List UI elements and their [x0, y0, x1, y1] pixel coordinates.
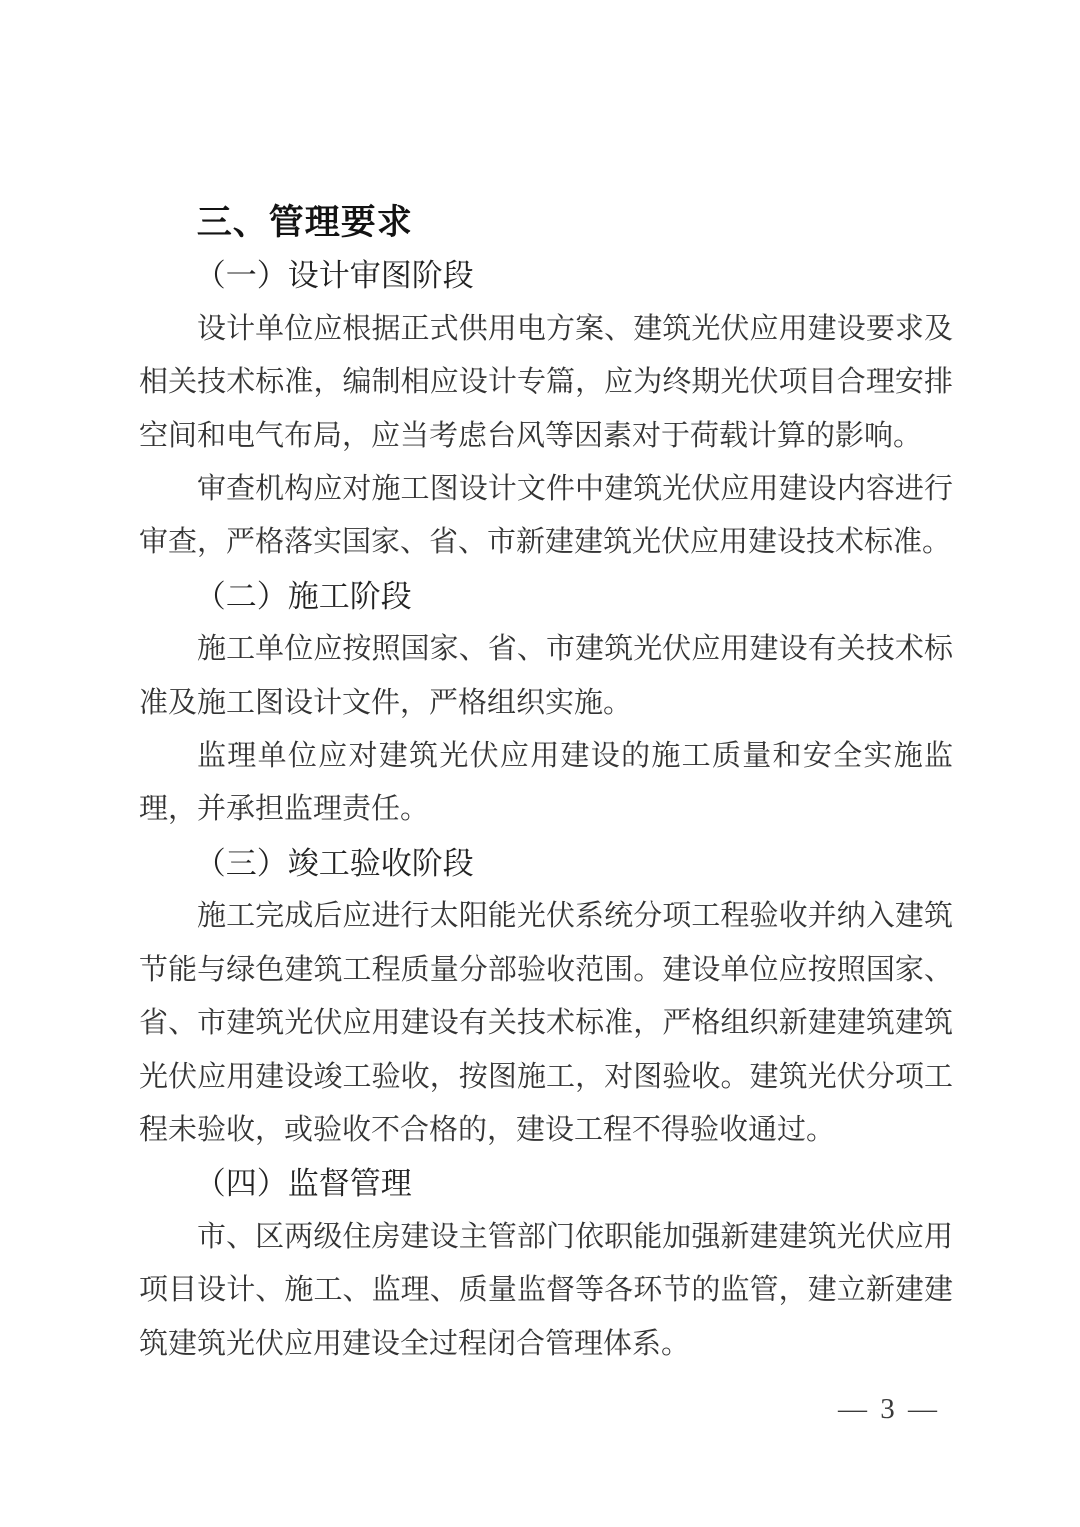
subsection-heading-completion-acceptance: （三）竣工验收阶段	[139, 837, 953, 890]
document-body: 三、管理要求 （一）设计审图阶段 设计单位应根据正式供用电方案、建筑光伏应用建设…	[139, 196, 953, 1371]
paragraph: 设计单位应根据正式供用电方案、建筑光伏应用建设要求及相关技术标准，编制相应设计专…	[139, 303, 953, 463]
subsection-heading-supervision: （四）监督管理	[139, 1157, 953, 1210]
paragraph: 监理单位应对建筑光伏应用建设的施工质量和安全实施监理，并承担监理责任。	[139, 730, 953, 837]
page-number: — 3 —	[838, 1393, 940, 1426]
subsection-heading-construction: （二）施工阶段	[139, 570, 953, 623]
section-heading: 三、管理要求	[139, 196, 953, 249]
paragraph: 施工单位应按照国家、省、市建筑光伏应用建设有关技术标准及施工图设计文件，严格组织…	[139, 623, 953, 730]
paragraph: 市、区两级住房建设主管部门依职能加强新建建筑光伏应用项目设计、施工、监理、质量监…	[139, 1211, 953, 1371]
paragraph: 审查机构应对施工图设计文件中建筑光伏应用建设内容进行审查，严格落实国家、省、市新…	[139, 463, 953, 570]
subsection-heading-design-review: （一）设计审图阶段	[139, 249, 953, 302]
document-page: 三、管理要求 （一）设计审图阶段 设计单位应根据正式供用电方案、建筑光伏应用建设…	[0, 0, 1080, 1527]
paragraph: 施工完成后应进行太阳能光伏系统分项工程验收并纳入建筑节能与绿色建筑工程质量分部验…	[139, 890, 953, 1157]
